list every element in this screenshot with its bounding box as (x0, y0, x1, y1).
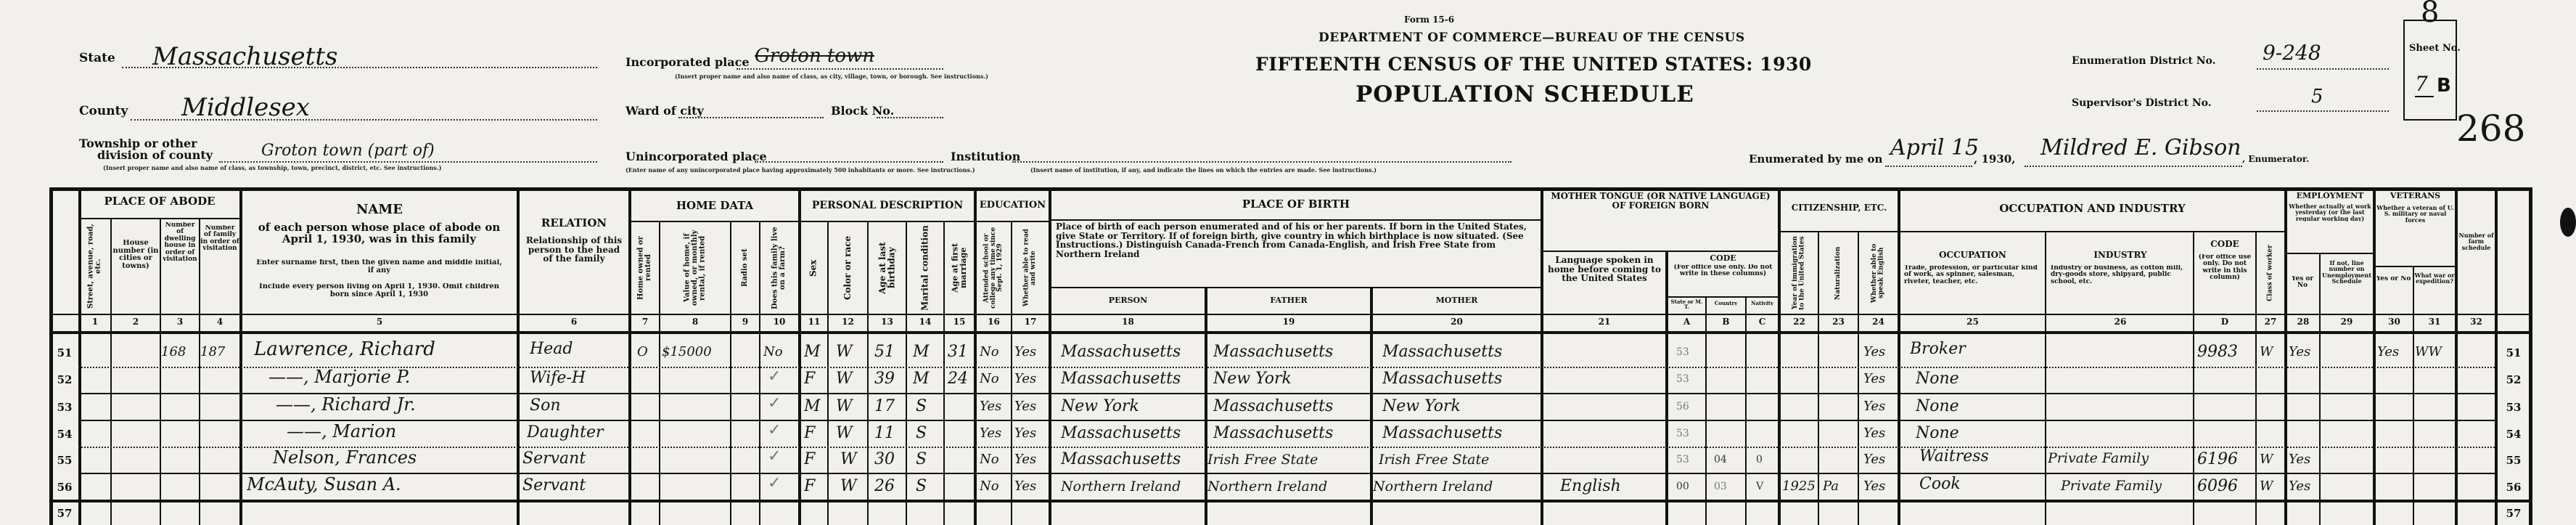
header-veterans-desc: Whether a veteran of U. S. military or n… (2376, 205, 2455, 223)
colnum-31: 31 (2414, 317, 2455, 327)
header-birth-person: PERSON (1051, 296, 1205, 305)
colnum-23: 23 (1819, 317, 1858, 327)
sex: F (804, 473, 826, 500)
colnum-11: 11 (801, 317, 827, 327)
header-speak-english: Whether able to speak English (1859, 234, 1898, 312)
line-number-right: 53 (2496, 401, 2531, 414)
line-number-right: 57 (2496, 507, 2531, 520)
read-write: Yes (1014, 393, 1048, 420)
header-race: Color or race (829, 224, 867, 312)
state-label: State (79, 51, 115, 65)
header-mother-tongue: MOTHER TONGUE (OR NATIVE LANGUAGE) OF FO… (1543, 192, 1778, 210)
colnum-15: 15 (945, 317, 974, 327)
line-number: 52 (51, 373, 78, 386)
speak-english: Yes (1863, 393, 1897, 420)
header-class-worker: Class of worker (2257, 234, 2284, 312)
sex: M (804, 338, 826, 366)
age: 26 (874, 473, 903, 500)
class-worker: W (2260, 446, 2284, 473)
race: W (840, 473, 866, 500)
person-name: ——, Richard Jr. (276, 391, 515, 418)
birthplace-mother: New York (1382, 393, 1539, 420)
school: No (980, 365, 1010, 393)
colnum-a: A (1668, 317, 1705, 327)
relation: Daughter (527, 419, 627, 447)
read-write: Yes (1014, 420, 1048, 447)
header-name: NAME (242, 203, 517, 217)
header-vet-war: What war or expedition? (2414, 272, 2455, 285)
farm-check: ✓ (768, 363, 797, 391)
department-title: DEPARTMENT OF COMMERCE—BUREAU OF THE CEN… (1318, 30, 1745, 45)
header-veterans: VETERANS (2376, 192, 2455, 200)
header-naturalization: Naturalization (1819, 234, 1858, 312)
colnum-22: 22 (1781, 317, 1818, 327)
header-value: Value of home, if owned, or monthly rent… (660, 224, 730, 312)
code-c: V (1756, 473, 1776, 500)
ed-label: Enumeration District No. (2072, 55, 2216, 67)
code-d: 6196 (2197, 446, 2255, 473)
ed-value[interactable]: 9-248 (2263, 41, 2321, 65)
speak-english: Yes (1863, 446, 1897, 473)
birthplace-person: Massachusetts (1061, 365, 1203, 393)
read-write: Yes (1014, 338, 1048, 366)
age: 11 (874, 420, 903, 447)
institution-label: Institution (951, 150, 1020, 163)
header-occupation: OCCUPATION (1900, 251, 2045, 260)
sex: F (804, 420, 826, 447)
line-number-right: 55 (2496, 454, 2531, 467)
colnum-4: 4 (200, 317, 239, 327)
enumerated-year: , 1930, (1974, 152, 2015, 166)
relation: Son (530, 392, 627, 420)
binding-hole (2560, 208, 2576, 237)
race: W (836, 365, 865, 393)
township-value[interactable]: Groton town (part of) (261, 142, 435, 160)
header-personal: PERSONAL DESCRIPTION (801, 200, 974, 211)
birthplace-father: Massachusetts (1213, 393, 1369, 420)
marital: S (916, 420, 942, 447)
speak-english: Yes (1863, 420, 1897, 447)
colnum-14: 14 (907, 317, 943, 327)
sex: M (804, 393, 826, 420)
county-value[interactable]: Middlesex (181, 93, 310, 122)
naturalization: Pa (1823, 473, 1856, 500)
speak-english: Yes (1863, 338, 1897, 366)
relation: Head (530, 335, 627, 363)
colnum-2: 2 (112, 317, 160, 327)
birthplace-person: Massachusetts (1061, 446, 1203, 473)
header-code: CODE (1668, 254, 1778, 263)
colnum-29: 29 (2321, 317, 2373, 327)
school: No (980, 446, 1010, 473)
header-language: Language spoken in home before coming to… (1543, 256, 1665, 283)
state-value[interactable]: Massachusetts (152, 42, 337, 71)
birthplace-person: New York (1061, 393, 1203, 420)
birthplace-mother: Massachusetts (1382, 365, 1539, 393)
page-stamp: 268 (2456, 107, 2525, 150)
race: W (840, 446, 866, 473)
header-house-number: House number (in cities or towns) (112, 240, 159, 270)
relation: Wife-H (530, 365, 627, 392)
person-name: ——, Marjorie P. (268, 363, 515, 391)
age: 51 (874, 338, 903, 366)
age: 39 (874, 365, 903, 393)
sheet-stamp: 8 (2421, 0, 2439, 29)
employment: Yes (2289, 446, 2319, 473)
person-name: Lawrence, Richard (254, 335, 515, 363)
colnum-16: 16 (977, 317, 1011, 327)
sheet-side: B (2437, 75, 2451, 97)
family-number: 187 (200, 338, 239, 366)
header-marital: Marital condition (907, 224, 943, 312)
incorporated-note: (Insert proper name and also name of cla… (675, 73, 988, 80)
code-d: 9983 (2197, 338, 2255, 366)
line-number: 55 (51, 454, 78, 467)
code-a: 00 (1676, 473, 1705, 500)
header-dwelling: Number of dwelling house in order of vis… (161, 222, 199, 264)
race: W (836, 393, 865, 420)
header-street: Street, avenue, road, etc. (81, 221, 109, 312)
colnum-7: 7 (631, 317, 659, 327)
line-number-right: 51 (2496, 346, 2531, 359)
line-number-right: 52 (2496, 373, 2531, 386)
age-marriage: 24 (948, 365, 972, 393)
farm-check: ✓ (768, 443, 797, 471)
header-age: Age at last birthday (869, 224, 906, 312)
school: No (980, 338, 1010, 366)
relation: Servant (522, 472, 627, 500)
birthplace-person: Massachusetts (1061, 338, 1203, 366)
colnum-19: 19 (1207, 317, 1370, 327)
colnum-24: 24 (1859, 317, 1898, 327)
supervisor-label: Supervisor's District No. (2072, 97, 2212, 109)
farm-check: ✓ (768, 470, 797, 497)
line-number: 57 (51, 507, 78, 520)
header-radio: Radio set (731, 224, 759, 312)
veteran-war: WW (2415, 338, 2454, 366)
mother-tongue: English (1560, 473, 1663, 500)
header-relation: RELATION (520, 218, 628, 229)
colnum-c: C (1747, 317, 1778, 327)
header-immigration: Year of immigration to the United States (1781, 234, 1818, 312)
header-industry-desc: Industry or business, as cotton mill, dr… (2051, 265, 2190, 285)
sheet-label: Sheet No. (2409, 43, 2461, 54)
age-marriage: 31 (948, 338, 972, 366)
occupation: Cook (1919, 471, 2044, 498)
school: Yes (980, 420, 1010, 447)
incorporated-value[interactable]: Groton town (755, 45, 874, 67)
incorporated-label: Incorporated place (625, 55, 750, 69)
farm-check: ✓ (768, 390, 797, 418)
occupation: None (1916, 365, 2043, 393)
line-number: 54 (51, 428, 78, 441)
header-industry: INDUSTRY (2048, 251, 2193, 260)
birthplace-father: Massachusetts (1213, 420, 1369, 447)
birthplace-mother: Northern Ireland (1373, 473, 1538, 500)
birthplace-mother: Irish Free State (1379, 446, 1538, 473)
marital: M (913, 365, 942, 393)
farm-check: ✓ (768, 417, 797, 444)
header-age-marriage: Age at first marriage (945, 224, 974, 312)
header-vet-yes: Yes or No (2374, 276, 2413, 282)
header-citizenship: CITIZENSHIP, ETC. (1781, 203, 1898, 213)
header-occupation-industry: OCCUPATION AND INDUSTRY (1900, 203, 2284, 215)
code-d: 6096 (2197, 473, 2255, 500)
enumerator-label: , Enumerator. (2242, 154, 2309, 164)
relation: Servant (522, 445, 627, 473)
immigration-year: 1925 (1782, 473, 1817, 500)
race: W (836, 420, 865, 447)
line-number: 53 (51, 401, 78, 414)
birthplace-father: Northern Ireland (1207, 473, 1369, 500)
header-farm-schedule: Number of farm schedule (2458, 232, 2495, 251)
sheet-box: Sheet No. 7 B (2403, 20, 2457, 121)
read-write: Yes (1014, 473, 1048, 500)
code-a: 56 (1676, 393, 1705, 420)
header-owned: Home owned or rented (631, 224, 659, 312)
header-emp-yes: Yes or No (2286, 276, 2319, 290)
enumerator-name[interactable]: Mildred E. Gibson (2040, 135, 2241, 160)
colnum-21: 21 (1543, 317, 1665, 327)
colnum-3: 3 (161, 317, 199, 327)
person-name: McAuty, Susan A. (247, 471, 515, 498)
marital: M (913, 338, 942, 366)
header-name-note2: Include every person living on April 1, … (254, 283, 504, 298)
code-a: 53 (1676, 338, 1705, 366)
header-school: Attended school or college any time sinc… (977, 224, 1011, 312)
enumerated-date[interactable]: April 15 (1890, 135, 1979, 160)
marital: S (916, 446, 942, 473)
dwelling-number: 168 (161, 338, 199, 366)
colnum-17: 17 (1012, 317, 1049, 327)
form-number: Form 15-6 (1404, 15, 1454, 25)
class-worker: W (2260, 473, 2284, 500)
township-label-2: division of county (97, 148, 213, 162)
colnum-13: 13 (869, 317, 906, 327)
race: W (836, 338, 865, 366)
township-note: (Insert proper name and also name of cla… (103, 164, 442, 171)
occupation: Waitress (1919, 443, 2044, 471)
birthplace-father: Irish Free State (1207, 446, 1369, 473)
age: 17 (874, 393, 903, 420)
colnum-27: 27 (2257, 317, 2284, 327)
code-b: 04 (1714, 446, 1743, 473)
header-place-of-abode: PLACE OF ABODE (80, 196, 239, 208)
sheet-number[interactable]: 7 (2415, 72, 2434, 97)
line-number-right: 54 (2496, 428, 2531, 441)
header-place-of-birth: PLACE OF BIRTH (1051, 199, 1541, 211)
header-birth-father: FATHER (1207, 296, 1370, 305)
colnum-d: D (2194, 317, 2255, 327)
header-birth-mother: MOTHER (1373, 296, 1541, 305)
header-read-write: Whether able to read and write (1012, 224, 1049, 312)
code-a: 53 (1676, 420, 1705, 447)
block-label: Block No. (831, 104, 894, 118)
sex: F (804, 365, 826, 393)
sex: F (804, 446, 826, 473)
line-number-right: 56 (2496, 481, 2531, 494)
header-code-state: State or M. T. (1668, 299, 1705, 310)
colnum-1: 1 (80, 317, 110, 327)
unincorporated-note: (Enter name of any unincorporated place … (625, 166, 975, 174)
class-worker: W (2260, 338, 2284, 366)
header-sex: Sex (800, 224, 827, 312)
person-name: Nelson, Frances (273, 444, 515, 471)
header-code-note: (For office use only. Do not write in th… (1668, 264, 1778, 278)
colnum-9: 9 (731, 317, 759, 327)
supervisor-value[interactable]: 5 (2311, 86, 2323, 107)
birthplace-mother: Massachusetts (1382, 420, 1539, 447)
age: 30 (874, 446, 903, 473)
header-code-d-note: (For office use only. Do not write in th… (2194, 254, 2255, 282)
home-owned: O (637, 338, 657, 366)
colnum-5: 5 (242, 317, 517, 327)
header-code-country: Country (1707, 301, 1745, 306)
home-value: $15000 (662, 338, 729, 366)
header-code-d: CODE (2194, 240, 2255, 249)
industry: Private Family (2061, 472, 2193, 500)
header-family: Number of family in order of visitation (200, 225, 239, 253)
line-number: 51 (51, 346, 78, 359)
colnum-10: 10 (760, 317, 798, 327)
colnum-26: 26 (2048, 317, 2193, 327)
code-c: 0 (1756, 446, 1776, 473)
birthplace-mother: Massachusetts (1382, 338, 1539, 366)
marital: S (916, 393, 942, 420)
birthplace-father: New York (1213, 365, 1369, 393)
colnum-20: 20 (1373, 317, 1541, 327)
header-occupation-desc: Trade, profession, or particular kind of… (1904, 265, 2042, 285)
colnum-28: 28 (2287, 317, 2319, 327)
ward-label: Ward of city (625, 104, 704, 118)
person-name: ——, Marion (287, 418, 515, 445)
header-employment-desc: Whether actually at work yesterday (or t… (2287, 203, 2373, 221)
marital: S (916, 473, 942, 500)
code-a: 53 (1676, 446, 1705, 473)
header-name-desc: of each person whose place of abode on A… (247, 222, 512, 245)
speak-english: Yes (1863, 365, 1897, 393)
header-code-nativity: Nativity (1747, 301, 1778, 306)
header-employment: EMPLOYMENT (2287, 192, 2373, 200)
read-write: Yes (1014, 446, 1048, 473)
colnum-18: 18 (1051, 317, 1205, 327)
header-farm: Does this family live on a farm? (760, 224, 798, 312)
farm: No (763, 338, 797, 366)
employment: Yes (2289, 473, 2319, 500)
header-birth-desc: Place of birth of each person enumerated… (1056, 222, 1535, 259)
occupation: None (1916, 393, 2043, 420)
colnum-32: 32 (2458, 317, 2495, 327)
header-education: EDUCATION (977, 200, 1049, 211)
birthplace-person: Massachusetts (1061, 420, 1203, 447)
county-label: County (79, 104, 128, 118)
school: No (980, 473, 1010, 500)
industry: Private Family (2048, 444, 2193, 472)
census-title: FIFTEENTH CENSUS OF THE UNITED STATES: 1… (1255, 54, 1812, 75)
colnum-6: 6 (520, 317, 628, 327)
enumerated-label: Enumerated by me on (1749, 152, 1882, 166)
line-number: 56 (51, 481, 78, 494)
header-home-data: HOME DATA (631, 200, 798, 212)
veteran: Yes (2377, 338, 2412, 366)
occupation: Broker (1910, 335, 2043, 363)
colnum-12: 12 (829, 317, 867, 327)
unincorporated-label: Unincorporated place (625, 150, 767, 163)
birthplace-father: Massachusetts (1213, 338, 1369, 366)
header-relation-desc: Relationship of this person to the head … (522, 236, 625, 264)
code-a: 53 (1676, 365, 1705, 393)
schedule-title: POPULATION SCHEDULE (1355, 81, 1694, 107)
school: Yes (980, 393, 1010, 420)
colnum-8: 8 (660, 317, 730, 327)
header-emp-line: If not, line number on Unemployment Sche… (2321, 260, 2373, 285)
header-name-note1: Enter surname first, then the given name… (254, 259, 504, 274)
employment: Yes (2289, 338, 2319, 366)
birthplace-person: Northern Ireland (1061, 473, 1203, 500)
colnum-30: 30 (2376, 317, 2413, 327)
institution-note: (Insert name of institution, if any, and… (1030, 166, 1377, 174)
speak-english: Yes (1863, 473, 1897, 500)
code-b: 03 (1714, 473, 1743, 500)
colnum-b: B (1707, 317, 1745, 327)
read-write: Yes (1014, 365, 1048, 393)
colnum-25: 25 (1900, 317, 2045, 327)
